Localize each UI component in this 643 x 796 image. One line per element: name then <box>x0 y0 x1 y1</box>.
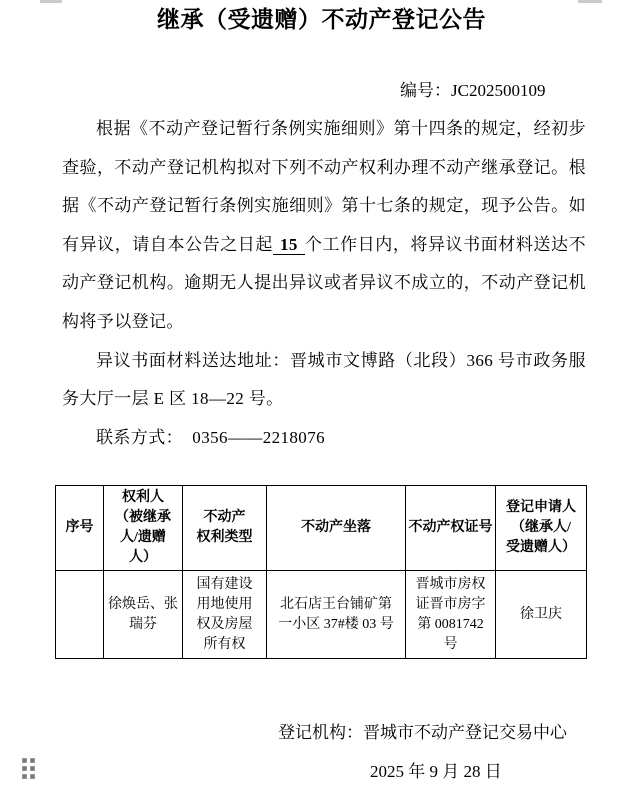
page-title: 继承（受遗赠）不动产登记公告 <box>0 0 643 35</box>
paragraph-address: 异议书面材料送达地址：晋城市文博路（北段）366 号市政务服务大厅一层 E 区 … <box>62 342 586 419</box>
notice-date: 2025 年 9 月 28 日 <box>370 753 643 792</box>
paragraph-main: 根据《不动产登记暂行条例实施细则》第十四条的规定，经初步查验，不动产登记机构拟对… <box>62 110 586 342</box>
notice-page: 继承（受遗赠）不动产登记公告 编号：JC202500109 根据《不动产登记暂行… <box>0 0 643 796</box>
doc-number: 编号：JC202500109 <box>400 80 643 102</box>
header-applicant: 登记申请人 （继承人/ 受遗赠人） <box>496 486 587 571</box>
header-certificate-no: 不动产权证号 <box>406 486 496 571</box>
header-location: 不动产坐落 <box>267 486 406 571</box>
drag-handle-icon[interactable] <box>22 758 33 777</box>
cell-serial <box>56 571 104 659</box>
notice-footer: 登记机构：晋城市不动产登记交易中心 2025 年 9 月 28 日 <box>0 714 643 791</box>
header-right-type: 不动产 权利类型 <box>183 486 267 571</box>
top-left-crop-artifact <box>40 0 62 3</box>
header-rights-holder: 权利人 （被继承 人/遗赠 人） <box>104 486 183 571</box>
header-serial: 序号 <box>56 486 104 571</box>
cell-rights-holder: 徐焕岳、张 瑞芬 <box>104 571 183 659</box>
table-row: 徐焕岳、张 瑞芬 国有建设 用地使用 权及房屋 所有权 北石店王台铺矿第 一小区… <box>56 571 587 659</box>
cell-location: 北石店王台铺矿第 一小区 37#楼 03 号 <box>267 571 406 659</box>
registration-authority: 登记机构：晋城市不动产登记交易中心 <box>278 714 643 753</box>
table-header-row: 序号 权利人 （被继承 人/遗赠 人） 不动产 权利类型 不动产坐落 不动产权证… <box>56 486 587 571</box>
top-right-crop-artifact <box>578 0 602 3</box>
cell-right-type: 国有建设 用地使用 权及房屋 所有权 <box>183 571 267 659</box>
cell-applicant: 徐卫庆 <box>496 571 587 659</box>
paragraph-contact: 联系方式： 0356——2218076 <box>62 419 586 458</box>
notice-body: 根据《不动产登记暂行条例实施细则》第十四条的规定，经初步查验，不动产登记机构拟对… <box>62 110 586 457</box>
objection-days-value: 15 <box>273 235 305 255</box>
cell-certificate-no: 晋城市房权 证晋市房字 第 0081742 号 <box>406 571 496 659</box>
registration-table: 序号 权利人 （被继承 人/遗赠 人） 不动产 权利类型 不动产坐落 不动产权证… <box>55 485 587 659</box>
paragraph-main-before: 根据《不动产登记暂行条例实施细则》第十四条的规定，经初步查验，不动产登记机构拟对… <box>62 119 586 254</box>
